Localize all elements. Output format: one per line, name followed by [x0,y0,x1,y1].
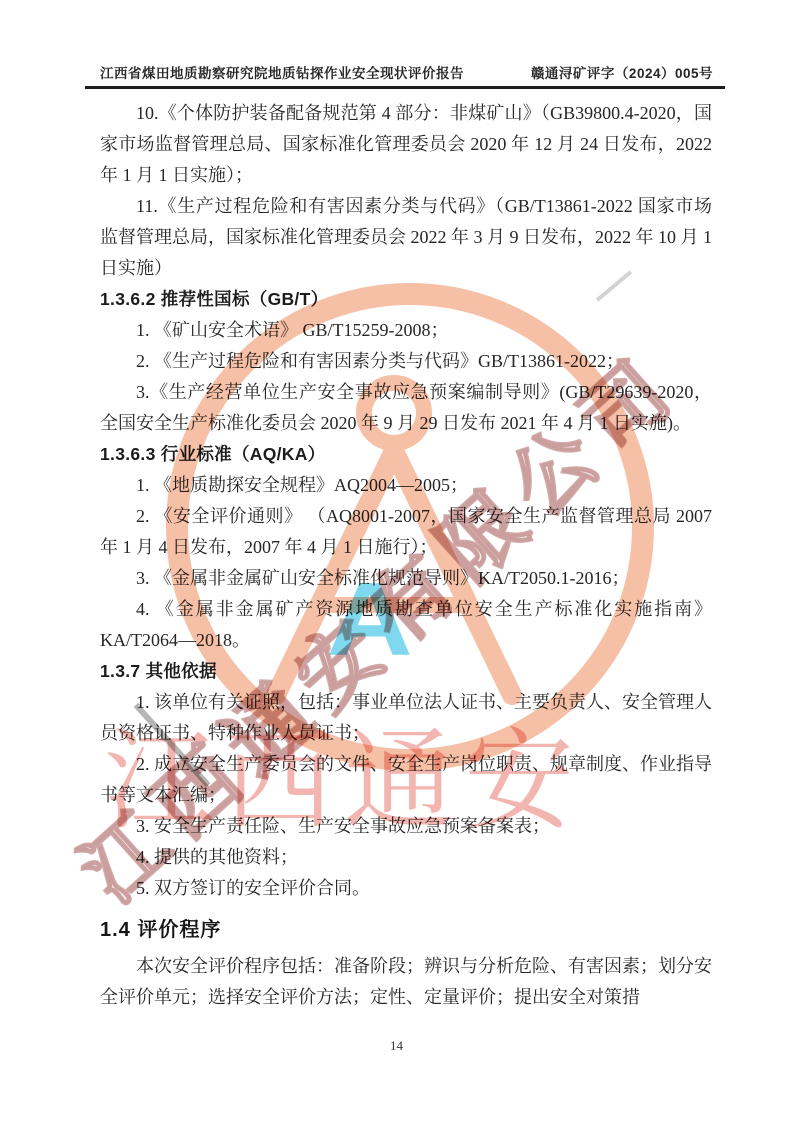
section-heading: 1.3.6.3 行业标准（AQ/KA） [100,439,712,470]
header-report-title: 江西省煤田地质勘察研究院地质钻探作业安全现状评价报告 [100,62,464,82]
list-item: 2. 《安全评价通则》 （AQ8001-2007，国家安全生产监督管理总局 20… [100,501,712,563]
page-header: 江西省煤田地质勘察研究院地质钻探作业安全现状评价报告 赣通浔矿评字（2024）0… [100,62,713,82]
list-item: 4. 《金属非金属矿产资源地质勘查单位安全生产标准化实施指南》KA/T2064—… [100,594,712,656]
section-heading: 1.3.6.2 推荐性国标（GB/T） [100,284,712,315]
section-heading: 1.3.7 其他依据 [100,656,712,687]
paragraph: 本次安全评价程序包括：准备阶段；辨识与分析危险、有害因素；划分安全评价单元；选择… [100,951,712,1013]
section-heading: 1.4 评价程序 [100,914,712,947]
document-page: 江西省煤田地质勘察研究院地质钻探作业安全现状评价报告 赣通浔矿评字（2024）0… [0,0,793,1122]
list-item: 1. 该单位有关证照，包括：事业单位法人证书、主要负责人、安全管理人员资格证书、… [100,687,712,749]
header-rule [85,86,725,89]
header-doc-number: 赣通浔矿评字（2024）005号 [531,62,713,82]
list-item: 1. 《地质勘探安全规程》AQ2004—2005； [100,470,712,501]
list-item: 2. 《生产过程危险和有害因素分类与代码》GB/T13861-2022； [100,346,712,377]
paragraph: 10.《个体防护装备配备规范第 4 部分：非煤矿山》（GB39800.4-202… [100,98,712,191]
list-item: 3.《生产经营单位生产安全事故应急预案编制导则》(GB/T29639-2020，… [100,377,712,439]
list-item: 4. 提供的其他资料； [100,842,712,873]
document-body: 10.《个体防护装备配备规范第 4 部分：非煤矿山》（GB39800.4-202… [100,98,712,1013]
list-item: 2. 成立安全生产委员会的文件、安全生产岗位职责、规章制度、作业指导书等文本汇编… [100,749,712,811]
paragraph: 11.《生产过程危险和有害因素分类与代码》（GB/T13861-2022 国家市… [100,191,712,284]
page-number: 14 [0,1038,793,1054]
list-item: 3. 安全生产责任险、生产安全事故应急预案备案表； [100,811,712,842]
list-item: 5. 双方签订的安全评价合同。 [100,873,712,904]
list-item: 1. 《矿山安全术语》 GB/T15259-2008； [100,315,712,346]
list-item: 3. 《金属非金属矿山安全标准化规范导则》KA/T2050.1-2016； [100,563,712,594]
